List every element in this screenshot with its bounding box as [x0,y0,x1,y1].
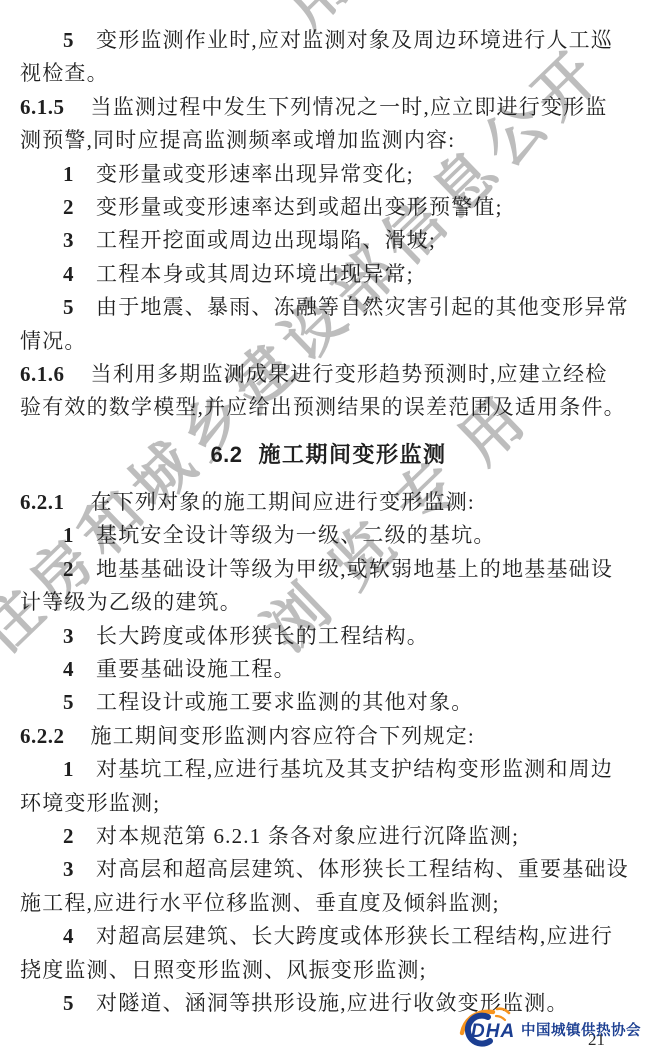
line-text: 工程开挖面或周边出现塌陷、滑坡; [96,228,436,252]
text-line: 4工程本身或其周边环境出现异常; [20,258,637,291]
line-text: 工程设计或施工要求监测的其他对象。 [96,690,473,714]
line-text: 工程本身或其周边环境出现异常; [96,262,414,286]
item-number: 3 [63,620,76,653]
clause-number: 6.1.5 [20,95,65,119]
item-number: 5 [63,686,76,719]
text-column: 5变形监测作业时,应对监测对象及周边环境进行人工巡视检查。6.1.5当监测过程中… [0,0,657,1020]
text-line: 4重要基础设施工程。 [20,653,637,686]
text-line: 计等级为乙级的建筑。 [20,586,637,619]
line-text: 情况。 [20,329,87,353]
text-line: 1基坑安全设计等级为一级、二级的基坑。 [20,519,637,552]
line-text: 对高层和超高层建筑、体形狭长工程结构、重要基础设 [96,857,629,881]
line-text: 对本规范第 6.2.1 条各对象应进行沉降监测; [96,824,519,848]
logo-abbr: DHA [471,1021,515,1042]
line-text: 对基坑工程,应进行基坑及其支护结构变形监测和周边 [96,757,613,781]
text-line: 5工程设计或施工要求监测的其他对象。 [20,686,637,719]
section-heading: 6.2施工期间变形监测 [20,438,637,471]
item-number: 2 [63,820,76,853]
line-text: 验有效的数学模型,并应给出预测结果的误差范围及适用条件。 [20,395,626,419]
text-line: 视检查。 [20,57,637,90]
text-line: 3长大跨度或体形狭长的工程结构。 [20,620,637,653]
text-line: 3对高层和超高层建筑、体形狭长工程结构、重要基础设 [20,853,637,886]
text-line: 测预警,同时应提高监测频率或增加监测内容: [20,124,637,157]
line-text: 在下列对象的施工期间应进行变形监测: [91,490,475,514]
item-number: 3 [63,853,76,886]
logo-name: 中国城镇供热协会 [521,1021,641,1039]
item-number: 1 [63,753,76,786]
line-text: 对超高层建筑、长大跨度或体形狭长工程结构,应进行 [96,924,613,948]
item-number: 4 [63,653,76,686]
text-line: 5变形监测作业时,应对监测对象及周边环境进行人工巡 [20,24,637,57]
item-number: 2 [63,191,76,224]
text-line: 挠度监测、日照变形监测、风振变形监测; [20,954,637,987]
line-text: 视检查。 [20,61,109,85]
text-line: 6.1.6当利用多期监测成果进行变形趋势预测时,应建立经检 [20,358,637,391]
item-number: 3 [63,224,76,257]
item-number: 5 [63,24,76,57]
line-text: 当监测过程中发生下列情况之一时,应立即进行变形监 [91,95,608,119]
line-text: 计等级为乙级的建筑。 [20,590,242,614]
logo-orange-ray-1 [497,1009,509,1013]
item-number: 5 [63,291,76,324]
item-number: 1 [63,519,76,552]
item-number: 1 [63,158,76,191]
line-text: 变形量或变形速率出现异常变化; [96,162,414,186]
association-logo: DHA 中国城镇供热协会 [455,1006,645,1050]
item-number: 4 [63,920,76,953]
line-text: 长大跨度或体形狭长的工程结构。 [96,624,429,648]
item-number: 5 [63,987,76,1020]
text-line: 4对超高层建筑、长大跨度或体形狭长工程结构,应进行 [20,920,637,953]
clause-number: 6.2.2 [20,724,65,748]
document-page: 住房和城乡建设部信息公开 浏览专用 用 5变形监测作业时,应对监测对象及周边环境… [0,0,657,1058]
text-line: 2对本规范第 6.2.1 条各对象应进行沉降监测; [20,820,637,853]
line-text: 变形量或变形速率达到或超出变形预警值; [96,195,503,219]
line-text: 重要基础设施工程。 [96,657,296,681]
text-line: 6.1.5当监测过程中发生下列情况之一时,应立即进行变形监 [20,91,637,124]
clause-number: 6.2 [210,442,242,467]
text-line: 1变形量或变形速率出现异常变化; [20,158,637,191]
line-text: 施工期间变形监测 [259,442,447,467]
line-text: 施工期间变形监测内容应符合下列规定: [91,724,475,748]
item-number: 4 [63,258,76,291]
line-text: 变形监测作业时,应对监测对象及周边环境进行人工巡 [96,28,613,52]
text-line: 环境变形监测; [20,787,637,820]
text-line: 1对基坑工程,应进行基坑及其支护结构变形监测和周边 [20,753,637,786]
item-number: 2 [63,553,76,586]
line-text: 基坑安全设计等级为一级、二级的基坑。 [96,523,496,547]
text-line: 2地基基础设计等级为甲级,或软弱地基上的地基基础设 [20,553,637,586]
text-line: 6.2.1在下列对象的施工期间应进行变形监测: [20,486,637,519]
line-text: 测预警,同时应提高监测频率或增加监测内容: [20,128,455,152]
text-line: 施工程,应进行水平位移监测、垂直度及倾斜监测; [20,887,637,920]
line-text: 施工程,应进行水平位移监测、垂直度及倾斜监测; [20,891,500,915]
text-line: 验有效的数学模型,并应给出预测结果的误差范围及适用条件。 [20,391,637,424]
line-text: 地基基础设计等级为甲级,或软弱地基上的地基基础设 [96,557,613,581]
text-line: 2变形量或变形速率达到或超出变形预警值; [20,191,637,224]
line-text: 环境变形监测; [20,791,160,815]
line-text: 挠度监测、日照变形监测、风振变形监测; [20,958,427,982]
text-line: 6.2.2施工期间变形监测内容应符合下列规定: [20,720,637,753]
line-text: 由于地震、暴雨、冻融等自然灾害引起的其他变形异常 [96,295,629,319]
logo-orange-ray-2 [496,1016,505,1020]
text-line: 情况。 [20,325,637,358]
line-text: 当利用多期监测成果进行变形趋势预测时,应建立经检 [91,362,608,386]
clause-number: 6.1.6 [20,362,65,386]
text-line: 5由于地震、暴雨、冻融等自然灾害引起的其他变形异常 [20,291,637,324]
text-line: 3工程开挖面或周边出现塌陷、滑坡; [20,224,637,257]
clause-number: 6.2.1 [20,490,65,514]
